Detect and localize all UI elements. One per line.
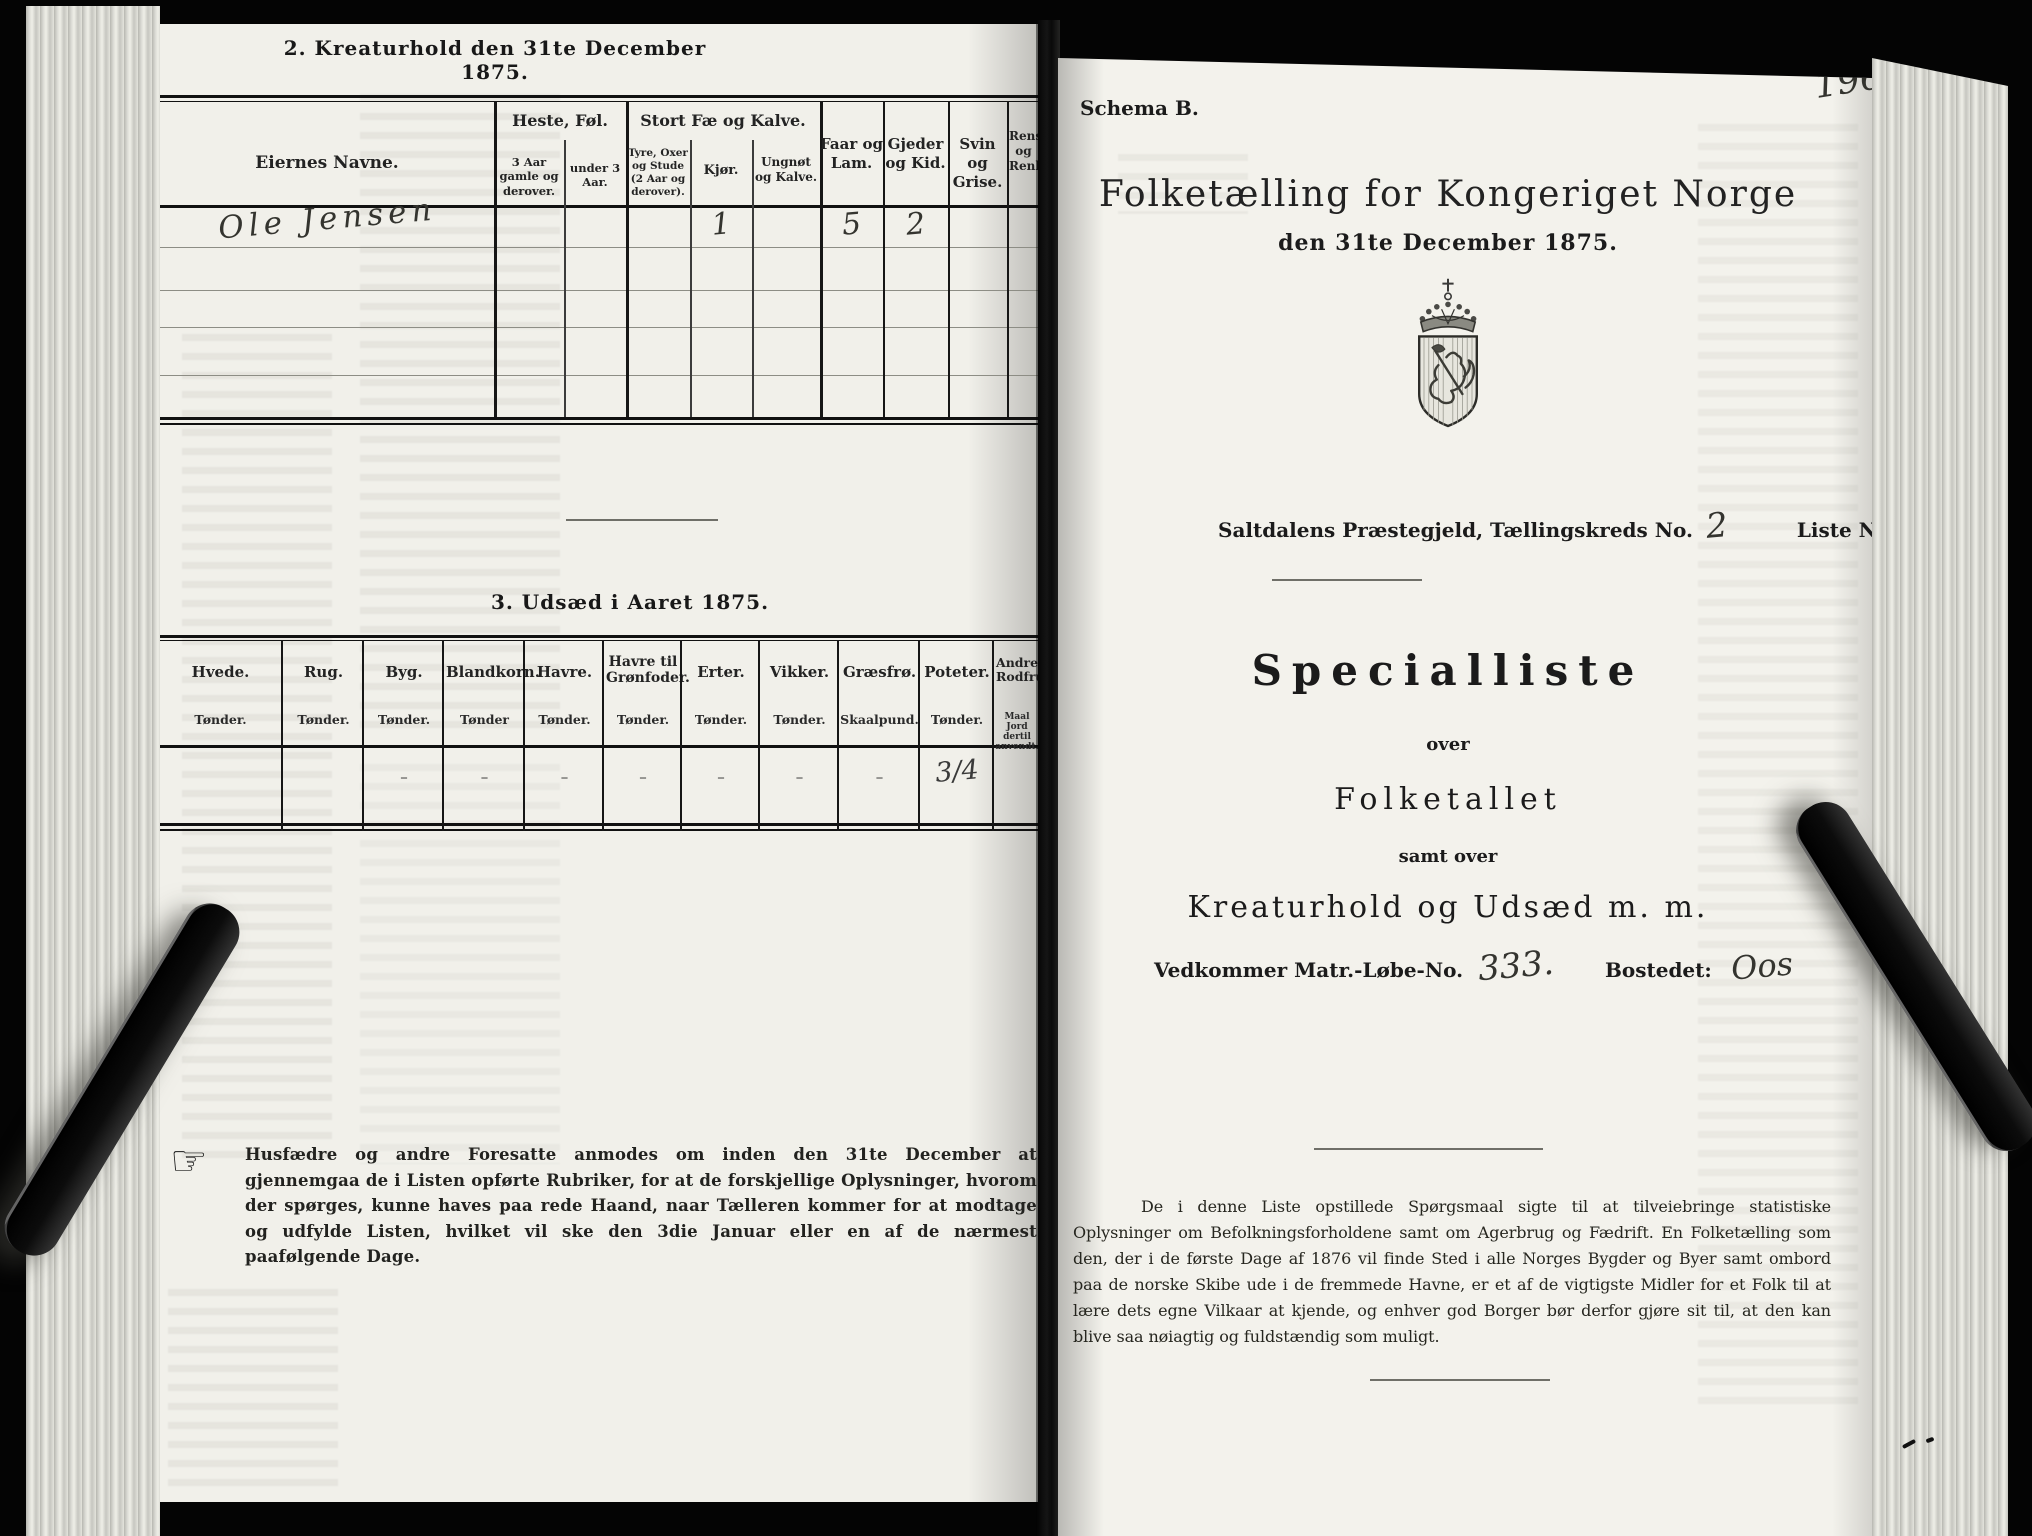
crop-label: Græsfrø. xyxy=(841,664,918,681)
book-gutter xyxy=(1036,20,1060,1536)
reference-line: Vedkommer Matr.-Løbe-No. 333. Bostedet: … xyxy=(1154,946,1794,986)
crop-label: Andre Rodfrugter. xyxy=(996,656,1038,685)
census-subtitle: den 31te December 1875. xyxy=(1058,230,1838,256)
livestock-table: Eiernes Navne. Heste, Føl. Stort Fæ og K… xyxy=(160,95,1038,427)
heading-over: over xyxy=(1058,734,1838,755)
crop-column-oats-fodder: Havre til Grønfoder. Tønder. – xyxy=(602,640,682,831)
column-header-sheep-lambs: Faar og Lam. xyxy=(820,135,883,173)
livestock-table-title: 2. Kreaturhold den 31te December 1875. xyxy=(255,36,735,84)
column-header-horses-under3: under 3 Aar. xyxy=(565,161,625,190)
potatoes-value: 3/4 xyxy=(919,753,995,790)
crop-value: – xyxy=(839,768,920,786)
crop-column-oats: Havre. Tønder. – xyxy=(523,640,604,831)
crop-column-potatoes: Poteter. Tønder. 3/4 xyxy=(918,640,994,831)
census-title: Folketælling for Kongeriget Norge xyxy=(1058,174,1838,215)
crop-column-barley: Byg. Tønder. – xyxy=(362,640,444,831)
matrikkel-label: Vedkommer Matr.-Løbe-No. xyxy=(1154,958,1463,982)
page-stack-edge-right xyxy=(1872,0,2008,1536)
crop-column-rye: Rug. Tønder. xyxy=(281,640,364,831)
crop-label: Havre til Grønfoder. xyxy=(606,654,680,686)
column-header-horses-over3: 3 Aar gamle og derover. xyxy=(496,155,562,198)
divider-rule xyxy=(1314,1148,1543,1150)
cows-value: 1 xyxy=(689,204,754,244)
crop-column-mixed-grain: Blandkorn. Tønder – xyxy=(442,640,525,831)
schema-label: Schema B. xyxy=(1080,96,1199,120)
crop-unit: Tønder. xyxy=(365,712,443,727)
matrikkel-number: 333. xyxy=(1477,943,1556,989)
crop-unit: Tønder. xyxy=(683,712,759,727)
crop-label: Byg. xyxy=(366,664,442,681)
shield-icon xyxy=(1419,336,1477,426)
crop-unit: Skaalpund. xyxy=(840,712,919,727)
crops-table: Hvede. Tønder. Rug. Tønder. Byg. Tønder.… xyxy=(160,635,1038,835)
residence-value: Oos xyxy=(1729,944,1794,987)
crop-unit: Tønder. xyxy=(161,712,280,727)
heading-samt-over: samt over xyxy=(1058,846,1838,867)
column-header-cows: Kjør. xyxy=(690,163,752,179)
crop-column-grass-seed: Græsfrø. Skaalpund. – xyxy=(837,640,920,831)
bleedthrough-text xyxy=(168,1289,338,1494)
rule xyxy=(160,417,1038,420)
crop-label: Rug. xyxy=(285,664,362,681)
crop-unit: Tønder. xyxy=(761,712,838,727)
crown-icon xyxy=(1420,293,1477,331)
page-stack-edge-left xyxy=(26,6,160,1536)
crop-column-root-crops: Andre Rodfrugter. Maal Jord dertil anven… xyxy=(992,640,1038,831)
goats-kids-value: 2 xyxy=(882,204,950,245)
crop-unit: Tønder xyxy=(445,712,524,727)
crops-table-title: 3. Udsæd i Aaret 1875. xyxy=(430,590,830,614)
right-page: Schema B. 196. Folketælling for Kongerig… xyxy=(1058,34,1872,1536)
heading-livestock-crops: Kreaturhold og Udsæd m. m. xyxy=(1058,890,1838,925)
crop-unit: Maal Jord dertil anvendt. xyxy=(995,712,1038,752)
column-header-young-cattle: Ungnøt og Kalve. xyxy=(754,155,818,185)
crop-label: Poteter. xyxy=(922,664,992,681)
rule xyxy=(494,101,497,417)
column-header-goats-kids: Gjeder og Kid. xyxy=(883,135,948,173)
cross-icon xyxy=(1442,279,1453,292)
heading-population: Folketallet xyxy=(1058,782,1838,817)
crop-unit: Tønder. xyxy=(921,712,993,727)
rule xyxy=(160,327,1038,328)
crop-column-peas: Erter. Tønder. – xyxy=(680,640,760,831)
crop-label: Havre. xyxy=(527,664,602,681)
group-header-horses: Heste, Føl. xyxy=(494,111,626,131)
crop-value: – xyxy=(444,768,525,786)
crop-value: – xyxy=(604,768,682,786)
crop-label: Erter. xyxy=(684,664,758,681)
crop-label: Vikker. xyxy=(762,664,837,681)
crop-value: – xyxy=(364,768,444,786)
column-header-pigs: Svin og Grise. xyxy=(948,135,1007,191)
residence-label: Bostedet: xyxy=(1605,958,1712,982)
sheep-lambs-value: 5 xyxy=(819,204,885,244)
rule xyxy=(160,423,1038,425)
crop-unit: Tønder. xyxy=(605,712,681,727)
column-header-owners-name: Eiernes Navne. xyxy=(160,153,494,174)
crop-value: – xyxy=(760,768,839,786)
rule xyxy=(690,140,692,417)
section-divider-rule xyxy=(566,519,718,521)
rule xyxy=(160,95,1038,98)
special-list-heading: Specialliste xyxy=(1058,646,1838,695)
crop-value: – xyxy=(525,768,604,786)
column-header-reindeer: Rensdyr og Renkalve. xyxy=(1009,129,1038,199)
book-scan: 2. Kreaturhold den 31te December 1875. xyxy=(0,0,2032,1536)
crop-unit: Tønder. xyxy=(526,712,603,727)
manicule-icon: ☞ xyxy=(170,1136,208,1185)
crop-column-wheat: Hvede. Tønder. xyxy=(160,640,281,831)
owner-name-entry: Ole Jensen xyxy=(217,192,438,247)
district-printed-text: Saltdalens Præstegjeld, Tællingskreds No… xyxy=(1218,518,1693,542)
rule xyxy=(160,375,1038,376)
rule xyxy=(160,635,1038,638)
rule xyxy=(160,247,1038,248)
explanatory-paragraph: De i denne Liste opstillede Spørgsmaal s… xyxy=(1073,1194,1831,1349)
group-header-cattle: Stort Fæ og Kalve. xyxy=(626,111,820,131)
instruction-note: Husfædre og andre Foresatte anmodes om i… xyxy=(245,1142,1037,1270)
divider-rule xyxy=(1370,1379,1550,1381)
crop-label: Hvede. xyxy=(162,664,279,681)
divider-rule xyxy=(1272,579,1422,581)
district-line: Saltdalens Præstegjeld, Tællingskreds No… xyxy=(1218,506,1838,546)
coat-of-arms xyxy=(1058,272,1838,456)
column-header-bulls-oxen: Tyre, Oxer og Stude (2 Aar og derover). xyxy=(628,147,688,200)
crop-column-vetches: Vikker. Tønder. – xyxy=(758,640,839,831)
crop-unit: Tønder. xyxy=(284,712,363,727)
rule xyxy=(160,290,1038,291)
rule xyxy=(160,101,1038,102)
left-page: 2. Kreaturhold den 31te December 1875. xyxy=(160,24,1038,1502)
crop-label: Blandkorn. xyxy=(446,664,523,681)
census-district-number: 2 xyxy=(1704,505,1729,547)
crop-value: – xyxy=(682,768,760,786)
